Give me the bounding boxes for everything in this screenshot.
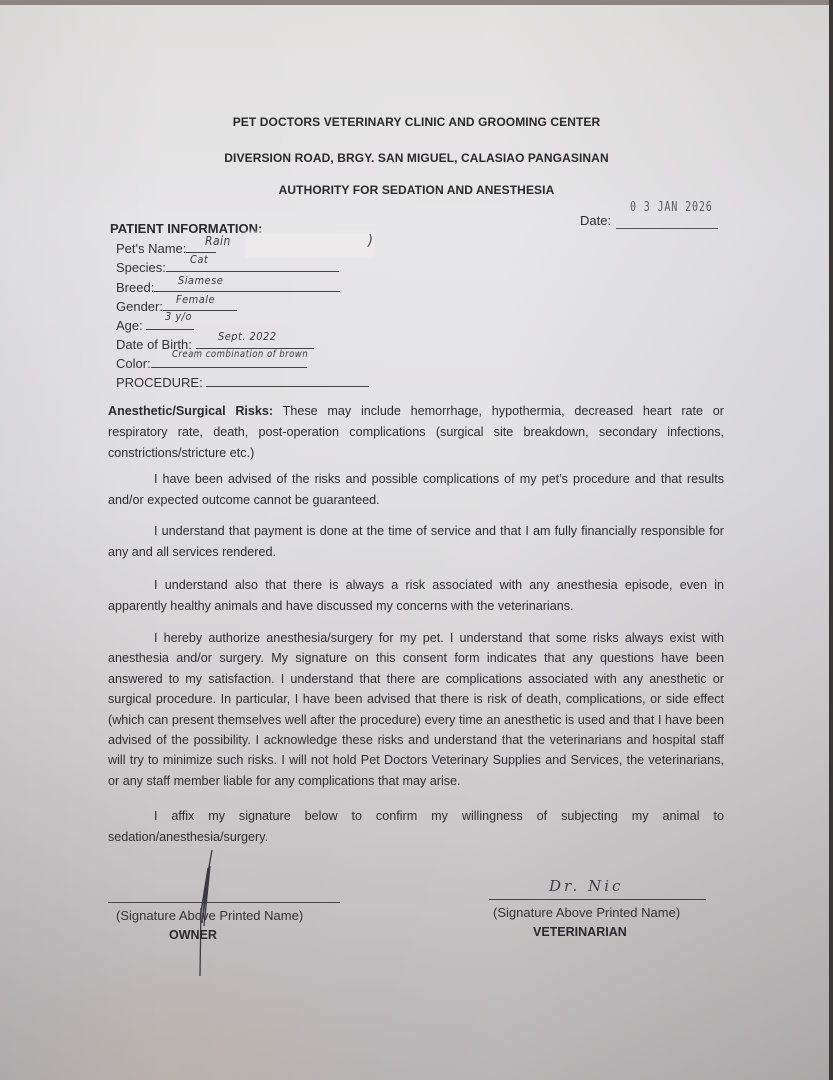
date-stamp: 0 3 JAN 2026 [630, 200, 713, 215]
redacted-region [245, 232, 375, 258]
breed-field: Breed: [116, 279, 340, 295]
consent-paragraph-3: I understand also that there is always a… [108, 575, 724, 617]
age-value: 3 y/o [165, 310, 192, 323]
form-title: AUTHORITY FOR SEDATION AND ANESTHESIA [0, 183, 833, 197]
risks-label: Anesthetic/Surgical Risks: [108, 404, 273, 418]
clinic-name: PET DOCTORS VETERINARY CLINIC AND GROOMI… [0, 115, 833, 129]
consent-paragraph-1: I have been advised of the risks and pos… [108, 469, 724, 511]
species-field: Species: [116, 259, 339, 275]
patient-information-title: PATIENT INFORMATION: [110, 221, 262, 236]
gender-value: Female [176, 293, 215, 306]
consent-paragraph-2: I understand that payment is done at the… [108, 521, 724, 563]
veterinarian-role-label: VETERINARIAN [533, 925, 627, 939]
veterinarian-signature-line [489, 899, 706, 900]
pets-name-value: Rain [205, 234, 231, 248]
consent-paragraph-4: I hereby authorize anesthesia/surgery fo… [108, 628, 724, 791]
species-value: Cat [190, 253, 208, 266]
veterinarian-signature-caption: (Signature Above Printed Name) [493, 905, 680, 920]
procedure-field: PROCEDURE: [116, 374, 369, 390]
owner-signature-caption: (Signature Above Printed Name) [116, 908, 303, 923]
date-field: Date: [580, 213, 611, 228]
owner-role-label: OWNER [169, 928, 217, 942]
date-label: Date: [580, 213, 611, 228]
date-of-birth-value: Sept. 2022 [218, 330, 277, 343]
handwritten-mark: ) [368, 233, 373, 249]
color-value: Cream combination of brown [172, 349, 308, 360]
risks-paragraph: Anesthetic/Surgical Risks: These may inc… [108, 401, 724, 464]
consent-paragraph-5: I affix my signature below to confirm my… [108, 806, 724, 848]
breed-value: Siamese [178, 274, 223, 287]
veterinarian-signed-name: Dr. Nic [549, 877, 623, 895]
clinic-address: DIVERSION ROAD, BRGY. SAN MIGUEL, CALASI… [0, 151, 833, 165]
